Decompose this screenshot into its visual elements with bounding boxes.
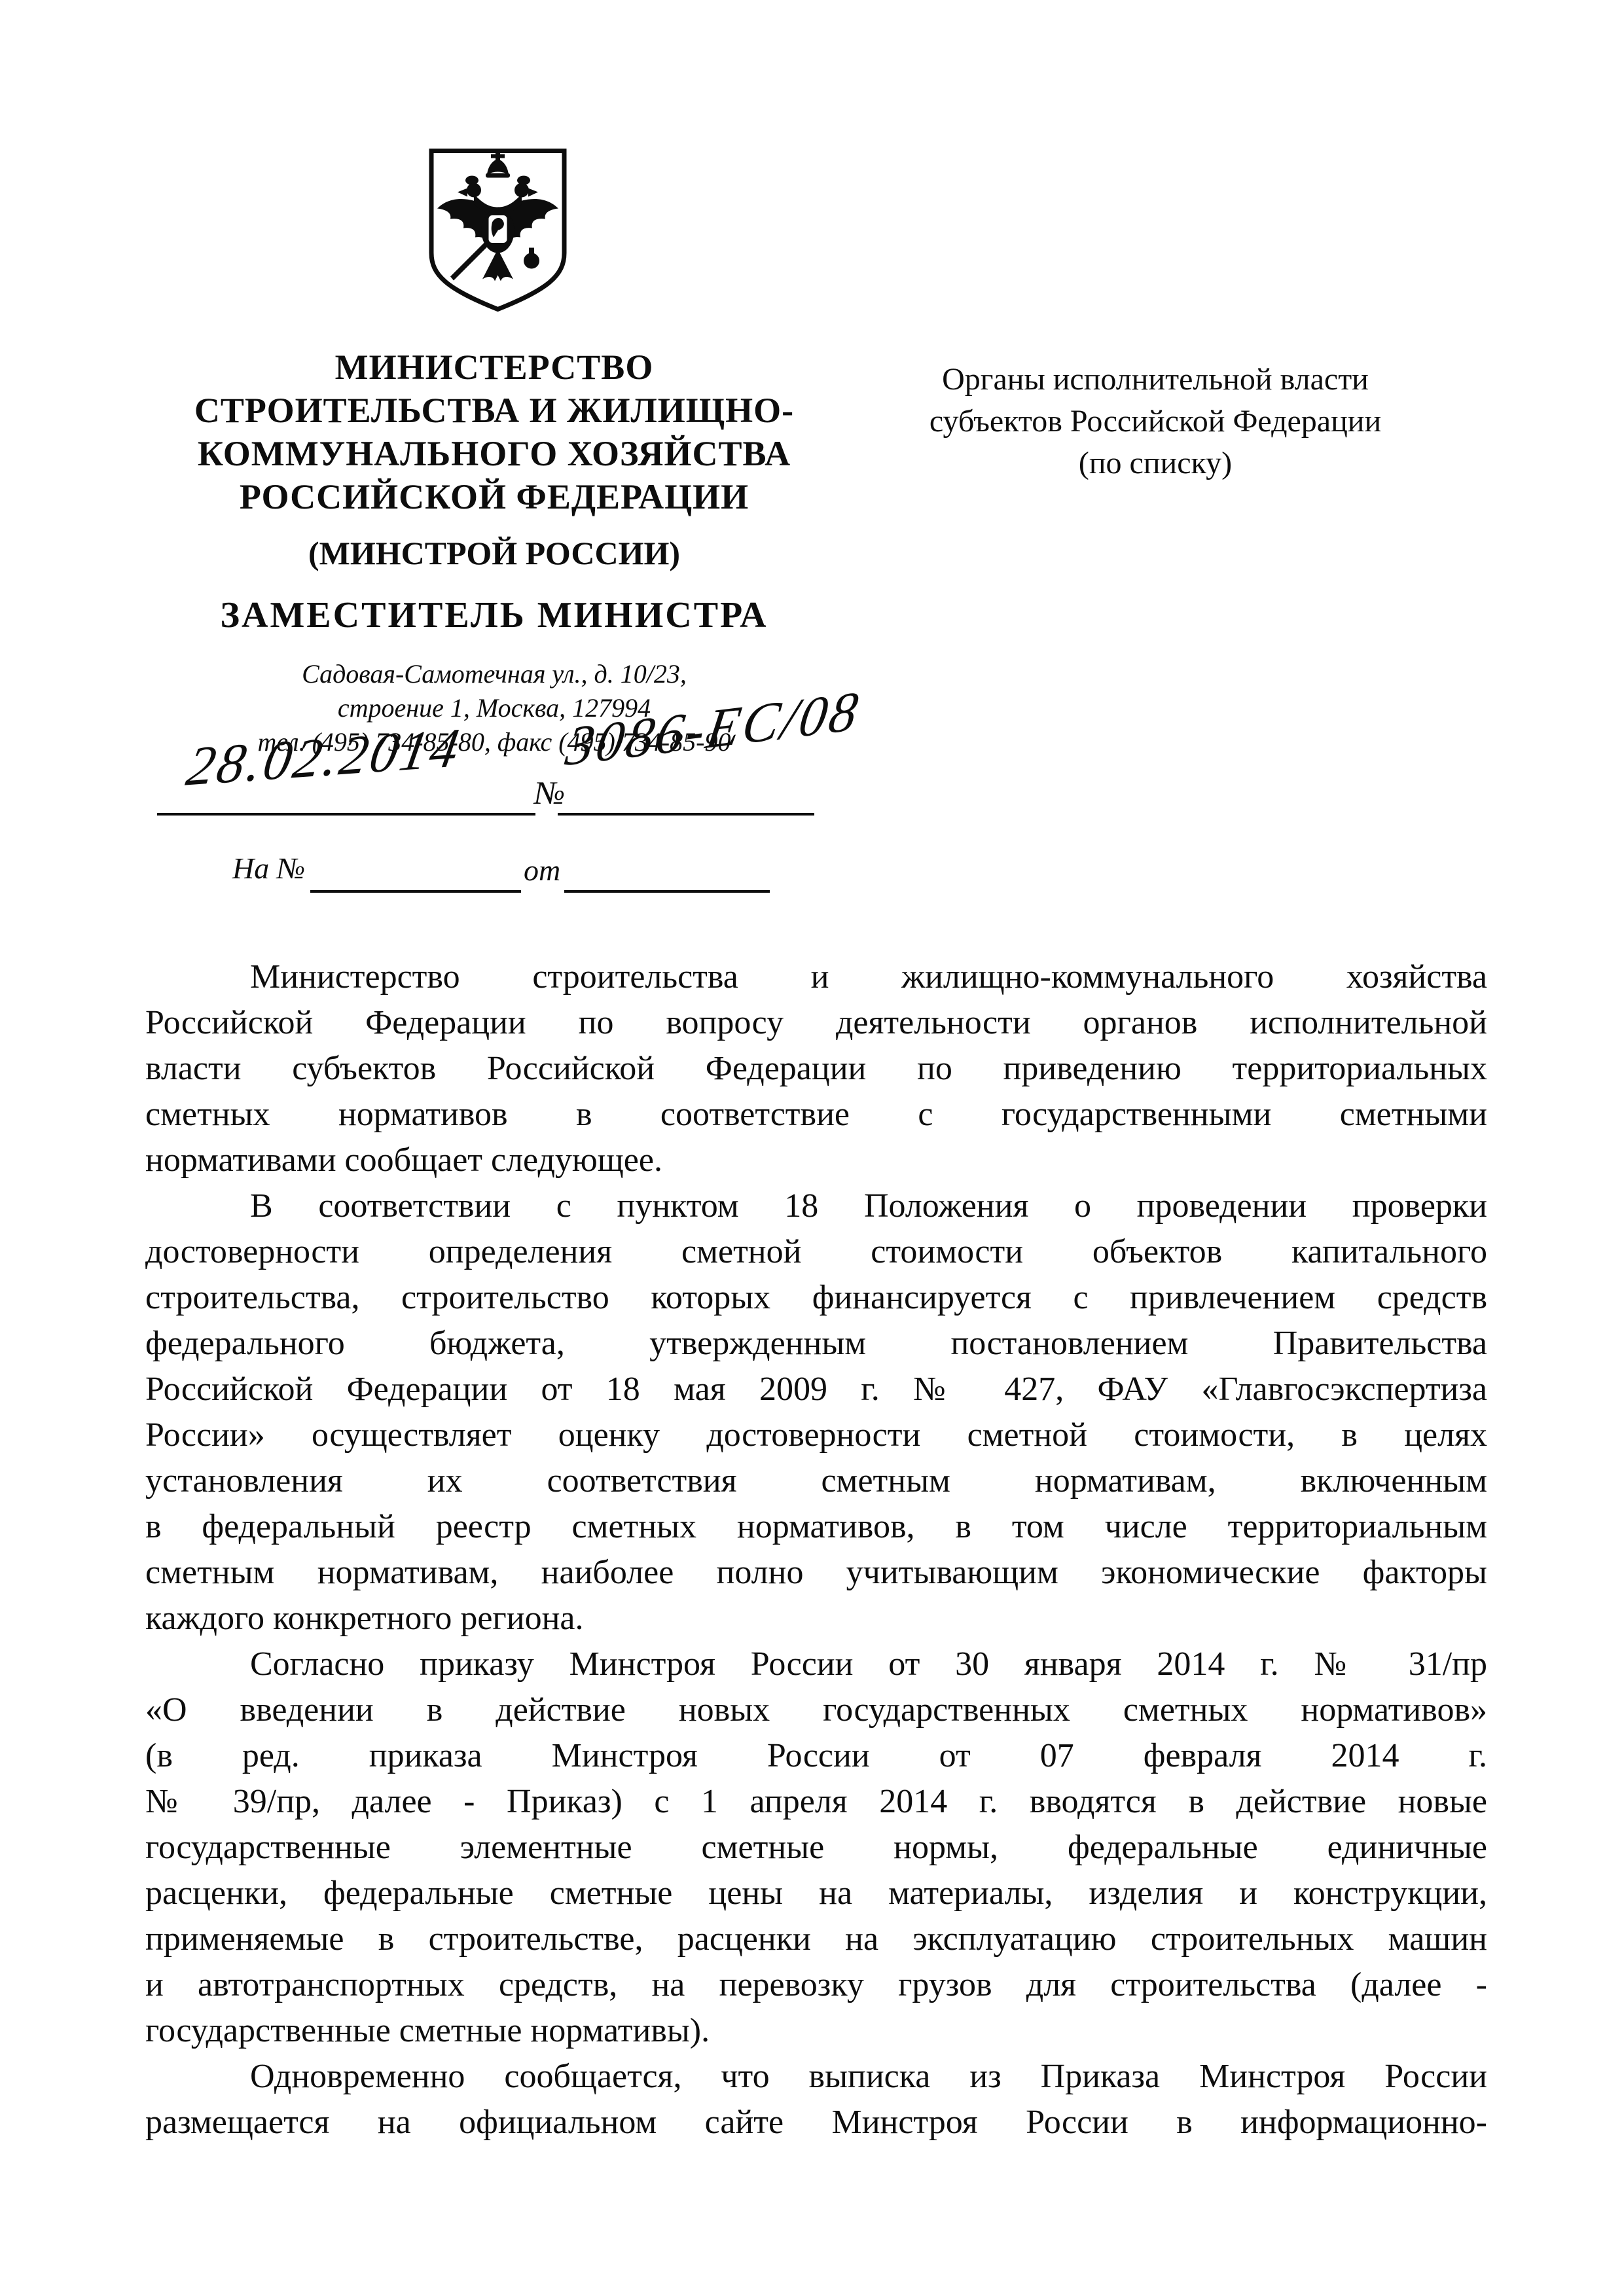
body-line: сметных нормативов в соответствие с госу… bbox=[145, 1092, 1487, 1138]
body-line: Министерство строительства и жилищно-ком… bbox=[145, 954, 1487, 1000]
body-line: государственные элементные сметные нормы… bbox=[145, 1825, 1487, 1871]
body-text: Министерство строительства и жилищно-ком… bbox=[145, 954, 1487, 2145]
body-line: размещается на официальном сайте Минстро… bbox=[145, 2100, 1487, 2145]
body-line: в федеральный реестр сметных нормативов,… bbox=[145, 1504, 1487, 1550]
recipient-line: субъектов Российской Федерации bbox=[857, 401, 1453, 442]
body-line: достоверности определения сметной стоимо… bbox=[145, 1229, 1487, 1275]
number-sign: № bbox=[534, 774, 565, 812]
ministry-name-line: СТРОИТЕЛЬСТВА И ЖИЛИЩНО- bbox=[137, 389, 851, 432]
body-line: Одновременно сообщается, что выписка из … bbox=[145, 2054, 1487, 2100]
body-line: № 39/пр, далее - Приказ) с 1 апреля 2014… bbox=[145, 1779, 1487, 1825]
ministry-name-line: КОММУНАЛЬНОГО ХОЗЯЙСТВА bbox=[137, 432, 851, 475]
in-reply-underline bbox=[310, 890, 521, 893]
body-line: (в ред. приказа Минстроя России от 07 фе… bbox=[145, 1733, 1487, 1779]
from-label: от bbox=[524, 853, 560, 888]
ministry-name-line: МИНИСТЕРСТВО bbox=[137, 346, 851, 389]
recipient-line: Органы исполнительной власти bbox=[857, 359, 1453, 401]
recipient-line: (по списку) bbox=[857, 442, 1453, 484]
body-line: государственные сметные нормативы). bbox=[145, 2008, 1487, 2054]
body-line: строительства, строительство которых фин… bbox=[145, 1275, 1487, 1321]
recipient-block: Органы исполнительной властисубъектов Ро… bbox=[857, 359, 1453, 484]
from-underline bbox=[564, 890, 770, 893]
body-line: установления их соответствия сметным нор… bbox=[145, 1458, 1487, 1504]
russian-coat-of-arms-icon bbox=[422, 144, 574, 315]
body-line: В соответствии с пунктом 18 Положения о … bbox=[145, 1183, 1487, 1229]
body-line: и автотранспортных средств, на перевозку… bbox=[145, 1962, 1487, 2008]
position-title: ЗАМЕСТИТЕЛЬ МИНИСТРА bbox=[137, 594, 851, 636]
body-line: расценки, федеральные сметные цены на ма… bbox=[145, 1871, 1487, 1916]
ministry-name: МИНИСТЕРСТВОСТРОИТЕЛЬСТВА И ЖИЛИЩНО-КОММ… bbox=[137, 346, 851, 518]
scanned-letter-page: МИНИСТЕРСТВОСТРОИТЕЛЬСТВА И ЖИЛИЩНО-КОММ… bbox=[0, 0, 1624, 2296]
body-line: применяемые в строительстве, расценки на… bbox=[145, 1916, 1487, 1962]
body-line: каждого конкретного региона. bbox=[145, 1596, 1487, 1641]
body-line: власти субъектов Российской Федерации по… bbox=[145, 1046, 1487, 1092]
body-line: России» осуществляет оценку достоверност… bbox=[145, 1412, 1487, 1458]
in-reply-label: На № bbox=[232, 851, 305, 886]
date-underline bbox=[157, 813, 535, 816]
body-line: нормативами сообщает следующее. bbox=[145, 1138, 1487, 1183]
body-line: Согласно приказу Минстроя России от 30 я… bbox=[145, 1641, 1487, 1687]
body-line: Российской Федерации от 18 мая 2009 г. №… bbox=[145, 1367, 1487, 1412]
body-line: «О введении в действие новых государстве… bbox=[145, 1687, 1487, 1733]
body-line: Российской Федерации по вопросу деятельн… bbox=[145, 1000, 1487, 1046]
ministry-name-line: РОССИЙСКОЙ ФЕДЕРАЦИИ bbox=[137, 475, 851, 518]
ministry-short-name: (МИНСТРОЙ РОССИИ) bbox=[137, 534, 851, 572]
body-line: федерального бюджета, утвержденным поста… bbox=[145, 1321, 1487, 1367]
body-line: сметным нормативам, наиболее полно учиты… bbox=[145, 1550, 1487, 1596]
number-underline bbox=[558, 813, 814, 816]
address-line: Садовая-Самотечная ул., д. 10/23, bbox=[137, 657, 851, 691]
